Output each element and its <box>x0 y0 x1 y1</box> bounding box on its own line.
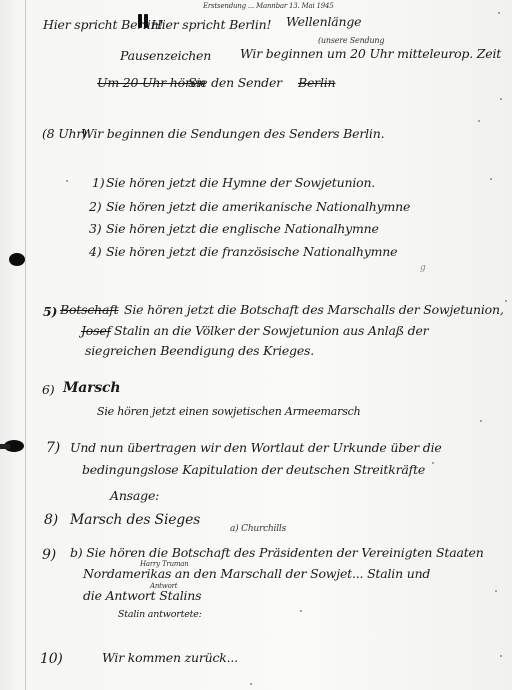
item-10-text: Wir kommen zurück... <box>102 650 238 665</box>
item-2-number: 2) <box>89 199 101 214</box>
item-7-line-1: Und nun übertragen wir den Wortlaut der … <box>70 440 442 455</box>
item-6-number: 6) <box>42 382 54 397</box>
header-note: Erstsendung ... Mannbar 13. Mai 1945 <box>203 2 334 10</box>
item-1-number: 1) <box>92 175 104 190</box>
scanned-document-page: Erstsendung ... Mannbar 13. Mai 1945 Hie… <box>0 0 512 690</box>
struck-line-part-2: Sie den Sender <box>188 75 282 90</box>
struck-line-part-3: Berlin <box>298 75 335 90</box>
item-8-text: Marsch des Sieges <box>70 512 200 528</box>
item-7-line-2: bedingungslose Kapitulation der deutsche… <box>82 462 425 477</box>
item-5-number: 5) <box>43 304 57 319</box>
item-9-line-3: die Antwort Stalins <box>83 588 201 603</box>
exclamation-mark-2 <box>144 14 148 28</box>
start-time-line: Wir beginnen um 20 Uhr mitteleurop. Zeit <box>240 46 501 61</box>
caret-insert-note: (unsere Sendung <box>318 36 384 45</box>
item-8-side-note: a) Churchills <box>230 524 286 534</box>
item-9-line-4: Stalin antwortete: <box>118 609 202 620</box>
item-3-text: Sie hören jetzt die englische Nationalhy… <box>106 221 379 236</box>
item-6-text: Marsch <box>63 380 120 396</box>
item-5-line-2: Stalin an die Völker der Sowjetunion aus… <box>114 323 428 338</box>
item-9-number: 9) <box>42 547 56 563</box>
margin-fold-line <box>25 0 26 690</box>
pause-signal-label: Pausenzeichen <box>120 48 211 63</box>
item-5-struck-name: Josef <box>81 323 111 338</box>
item-8-number: 8) <box>44 512 58 528</box>
item-5-line-1: Sie hören jetzt die Botschaft des Marsch… <box>124 302 504 317</box>
item-4-text: Sie hören jetzt die französische Nationa… <box>106 244 397 259</box>
intro-call-2: Hier spricht Berlin! <box>151 17 271 32</box>
wavelength-label: Wellenlänge <box>286 14 361 29</box>
item-1-text: Sie hören jetzt die Hymne der Sowjetunio… <box>106 175 375 190</box>
item-5-line-3: siegreichen Beendigung des Krieges. <box>85 343 314 358</box>
exclamation-mark-1 <box>138 14 142 28</box>
item-10-number: 10) <box>40 651 63 667</box>
item-4-number: 4) <box>89 244 101 259</box>
punch-hole-top <box>9 253 25 266</box>
item-3-number: 3) <box>89 221 101 236</box>
item-9-line-1: b) Sie hören die Botschaft des Präsident… <box>70 545 484 560</box>
item-2-text: Sie hören jetzt die amerikanische Nation… <box>106 199 410 214</box>
margin-mark: g <box>420 263 426 273</box>
item-7-line-3: Ansage: <box>110 488 159 503</box>
item-7-number: 7) <box>46 440 60 456</box>
item-5-label: Botschaft <box>60 302 119 317</box>
opening-line: Wir beginnen die Sendungen des Senders B… <box>81 126 384 141</box>
punch-hole-smear <box>0 444 10 449</box>
item-9-line-2: Nordamerikas an den Marschall der Sowjet… <box>83 566 430 581</box>
item-6-subtext: Sie hören jetzt einen sowjetischen Armee… <box>97 405 361 418</box>
